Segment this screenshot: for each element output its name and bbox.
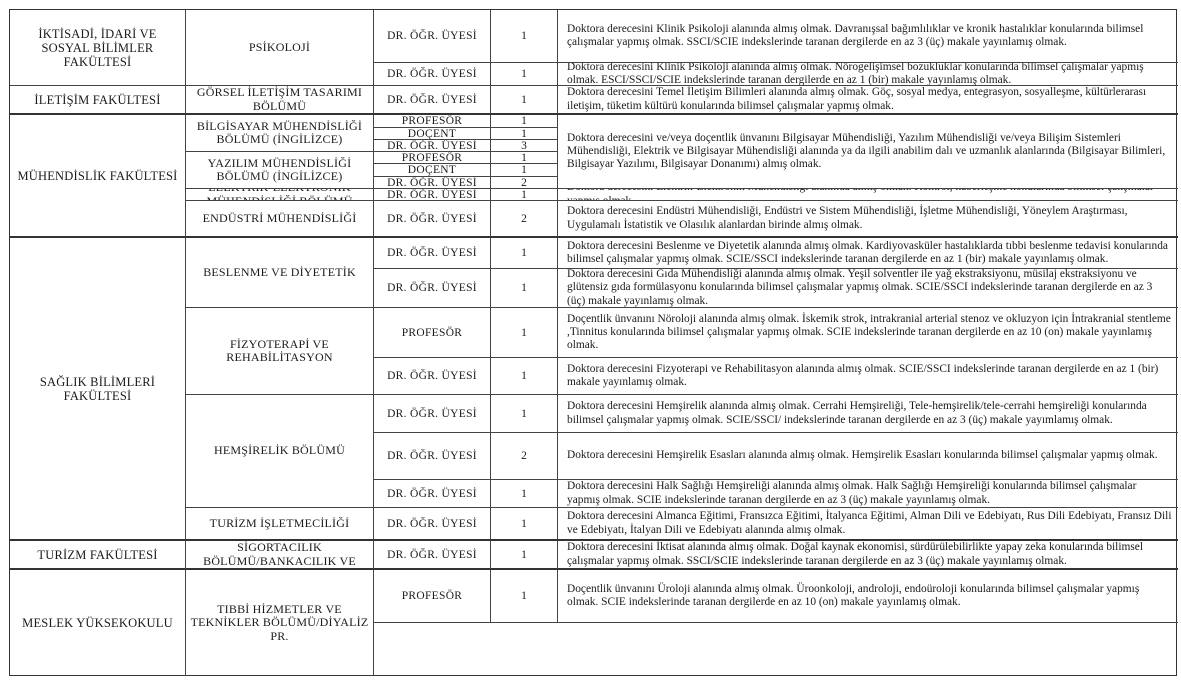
department-cell: TURİZM İŞLETMECİLİĞİ: [186, 508, 374, 541]
position-count-cell: 1: [491, 508, 558, 541]
academic-title-cell-text: DR. ÖĞR. ÜYESİ: [387, 189, 477, 201]
academic-title-cell: PROFESÖR: [374, 115, 491, 128]
academic-title-cell: DOÇENT: [374, 164, 491, 177]
academic-title-cell: PROFESÖR: [374, 570, 491, 623]
academic-title-cell: DR. ÖĞR. ÜYESİ: [374, 201, 491, 238]
academic-title-cell: DR. ÖĞR. ÜYESİ: [374, 433, 491, 480]
department-cell-text: FİZYOTERAPİ VE REHABİLİTASYON: [190, 338, 369, 365]
academic-title-cell: DR. ÖĞR. ÜYESİ: [374, 358, 491, 395]
position-count-cell: 1: [491, 152, 558, 164]
requirement-cell: Doktora derecesini Hemşirelik alanında a…: [558, 395, 1178, 433]
position-count-cell: 2: [491, 177, 558, 189]
requirement-cell: Doktora derecesini ve/veya doçentlik ünv…: [558, 115, 1178, 189]
academic-title-cell: DR. ÖĞR. ÜYESİ: [374, 177, 491, 189]
academic-title-cell-text: PROFESÖR: [402, 152, 463, 164]
department-cell: YAZILIM MÜHENDİSLİĞİ BÖLÜMÜ (İNGİLİZCE): [186, 152, 374, 189]
department-cell: PSİKOLOJİ: [186, 10, 374, 86]
academic-title-cell-text: PROFESÖR: [402, 590, 463, 602]
department-cell: TIBBİ HİZMETLER VE TEKNİKLER BÖLÜMÜ/DİYA…: [186, 570, 374, 676]
requirement-cell: Doktora derecesini Fizyoterapi ve Rehabi…: [558, 358, 1178, 395]
academic-title-cell-text: DR. ÖĞR. ÜYESİ: [387, 68, 477, 80]
requirement-cell: Doktora derecesini Halk Sağlığı Hemşirel…: [558, 480, 1178, 508]
requirement-cell-text: Doktora derecesini Almanca Eğitimi, Fran…: [567, 510, 1172, 537]
position-count-cell-text: 1: [521, 94, 527, 106]
requirement-cell: Doktora derecesini Almanca Eğitimi, Fran…: [558, 508, 1178, 541]
requirement-cell-text: Doktora derecesini Klinik Psikoloji alan…: [567, 63, 1172, 86]
department-cell-text: ENDÜSTRİ MÜHENDİSLİĞİ: [203, 212, 357, 226]
academic-title-cell-text: DR. ÖĞR. ÜYESİ: [387, 282, 477, 294]
academic-title-cell: PROFESÖR: [374, 308, 491, 358]
position-count-cell: 1: [491, 189, 558, 201]
academic-title-cell-text: DR. ÖĞR. ÜYESİ: [387, 549, 477, 561]
position-count-cell-text: 1: [521, 247, 527, 259]
position-count-cell-text: 1: [521, 128, 527, 140]
academic-title-cell: DR. ÖĞR. ÜYESİ: [374, 269, 491, 308]
requirement-cell-text: Doktora derecesini Elektrik-Elektronik M…: [567, 189, 1172, 201]
department-cell: HEMŞİRELİK BÖLÜMÜ: [186, 395, 374, 508]
academic-title-cell-text: DR. ÖĞR. ÜYESİ: [387, 94, 477, 106]
position-count-cell-text: 1: [521, 152, 527, 164]
requirement-cell: Doçentlik ünvanını Üroloji alanında almı…: [558, 570, 1178, 623]
requirement-cell-text: Doktora derecesini Gıda Mühendisliği ala…: [567, 269, 1172, 308]
department-cell: BİLGİSAYAR MÜHENDİSLİĞİ BÖLÜMÜ (İNGİLİZC…: [186, 115, 374, 152]
position-count-cell-text: 1: [521, 549, 527, 561]
academic-title-cell-text: DR. ÖĞR. ÜYESİ: [387, 488, 477, 500]
academic-title-cell-text: DR. ÖĞR. ÜYESİ: [387, 30, 477, 42]
department-cell-text: ELEKTRİK-ELEKTRONİK MÜHENDİSLİĞİ BÖLÜMÜ: [190, 189, 369, 201]
position-count-cell-text: 1: [521, 115, 527, 127]
faculty-cell: TURİZM FAKÜLTESİ: [10, 541, 186, 570]
requirement-cell-text: Doktora derecesini Hemşirelik alanında a…: [567, 400, 1172, 427]
academic-title-cell-text: DR. ÖĞR. ÜYESİ: [387, 213, 477, 225]
academic-title-cell: DR. ÖĞR. ÜYESİ: [374, 480, 491, 508]
department-cell-text: HEMŞİRELİK BÖLÜMÜ: [214, 444, 345, 458]
position-count-cell-text: 2: [521, 213, 527, 225]
position-count-cell: 1: [491, 570, 558, 623]
department-cell-text: BİLGİSAYAR MÜHENDİSLİĞİ BÖLÜMÜ (İNGİLİZC…: [190, 120, 369, 147]
position-count-cell-text: 1: [521, 370, 527, 382]
academic-title-cell-text: PROFESÖR: [402, 327, 463, 339]
department-cell: ELEKTRİK-ELEKTRONİK MÜHENDİSLİĞİ BÖLÜMÜ: [186, 189, 374, 201]
position-count-cell: 3: [491, 140, 558, 152]
position-count-cell-text: 2: [521, 450, 527, 462]
academic-title-cell-text: DOÇENT: [408, 164, 456, 176]
department-cell: FİNANS BANKACILIK VE SİGORTACILIK BÖLÜMÜ…: [186, 541, 374, 570]
requirement-cell-text: Doktora derecesini Halk Sağlığı Hemşirel…: [567, 480, 1172, 507]
position-count-cell: 1: [491, 358, 558, 395]
academic-title-cell: DR. ÖĞR. ÜYESİ: [374, 10, 491, 63]
academic-title-cell: DR. ÖĞR. ÜYESİ: [374, 508, 491, 541]
position-count-cell-text: 1: [521, 30, 527, 42]
department-cell: GÖRSEL İLETİŞİM TASARIMI BÖLÜMÜ: [186, 86, 374, 115]
position-count-cell: 1: [491, 63, 558, 86]
requirement-cell: Doktora derecesini İktisat alanında almı…: [558, 541, 1178, 570]
position-count-cell: 2: [491, 433, 558, 480]
department-cell: ENDÜSTRİ MÜHENDİSLİĞİ: [186, 201, 374, 238]
academic-title-cell-text: DOÇENT: [408, 128, 456, 140]
department-cell-text: FİNANS BANKACILIK VE SİGORTACILIK BÖLÜMÜ…: [190, 541, 369, 570]
department-cell-text: GÖRSEL İLETİŞİM TASARIMI BÖLÜMÜ: [190, 86, 369, 113]
faculty-cell-text: İKTİSADİ, İDARİ VE SOSYAL BİLİMLER FAKÜL…: [14, 27, 181, 69]
faculty-cell-text: İLETİŞİM FAKÜLTESİ: [34, 93, 160, 107]
requirement-cell-text: Doktora derecesini ve/veya doçentlik ünv…: [567, 132, 1172, 172]
academic-title-cell: DR. ÖĞR. ÜYESİ: [374, 86, 491, 115]
requirement-cell: Doktora derecesini Hemşirelik Esasları a…: [558, 433, 1178, 480]
requirement-cell: Doktora derecesini Beslenme ve Diyetetik…: [558, 238, 1178, 269]
department-cell-text: YAZILIM MÜHENDİSLİĞİ BÖLÜMÜ (İNGİLİZCE): [190, 157, 369, 184]
requirement-cell: Doktora derecesini Temel İletişim Biliml…: [558, 86, 1178, 115]
position-count-cell: 1: [491, 10, 558, 63]
position-count-cell: 1: [491, 238, 558, 269]
department-cell-text: BESLENME VE DİYETETİK: [203, 266, 356, 280]
academic-title-cell: DR. ÖĞR. ÜYESİ: [374, 140, 491, 152]
academic-title-cell-text: DR. ÖĞR. ÜYESİ: [387, 408, 477, 420]
position-count-cell: 1: [491, 86, 558, 115]
academic-title-cell-text: DR. ÖĞR. ÜYESİ: [387, 247, 477, 259]
position-count-cell: 1: [491, 269, 558, 308]
academic-title-cell: DR. ÖĞR. ÜYESİ: [374, 63, 491, 86]
academic-title-cell-text: DR. ÖĞR. ÜYESİ: [387, 450, 477, 462]
faculty-cell: İLETİŞİM FAKÜLTESİ: [10, 86, 186, 115]
department-cell-text: TURİZM İŞLETMECİLİĞİ: [210, 517, 350, 531]
requirement-cell: Doktora derecesini Endüstri Mühendisliği…: [558, 201, 1178, 238]
department-cell-text: PSİKOLOJİ: [249, 41, 310, 55]
position-count-cell: 1: [491, 128, 558, 140]
faculty-cell: İKTİSADİ, İDARİ VE SOSYAL BİLİMLER FAKÜL…: [10, 10, 186, 86]
faculty-cell-text: TURİZM FAKÜLTESİ: [37, 548, 157, 562]
position-count-cell: 1: [491, 308, 558, 358]
faculty-position-table: İKTİSADİ, İDARİ VE SOSYAL BİLİMLER FAKÜL…: [9, 9, 1177, 676]
position-count-cell-text: 1: [521, 68, 527, 80]
department-cell-text: TIBBİ HİZMETLER VE TEKNİKLER BÖLÜMÜ/DİYA…: [190, 603, 369, 644]
position-count-cell: 1: [491, 480, 558, 508]
academic-title-cell-text: PROFESÖR: [402, 115, 463, 127]
academic-title-cell: PROFESÖR: [374, 152, 491, 164]
faculty-cell-text: MESLEK YÜKSEKOKULU: [22, 616, 173, 630]
requirement-cell: Doçentlik ünvanını Nöroloji alanında alm…: [558, 308, 1178, 358]
position-count-cell: 1: [491, 115, 558, 128]
requirement-cell-text: Doktora derecesini Hemşirelik Esasları a…: [567, 449, 1158, 462]
position-count-cell-text: 1: [521, 282, 527, 294]
position-count-cell-text: 3: [521, 140, 527, 152]
position-count-cell: 1: [491, 164, 558, 177]
academic-title-cell: DR. ÖĞR. ÜYESİ: [374, 238, 491, 269]
requirement-cell: Doktora derecesini Elektrik-Elektronik M…: [558, 189, 1178, 201]
position-count-cell: 2: [491, 201, 558, 238]
position-count-cell-text: 1: [521, 590, 527, 602]
position-count-cell-text: 2: [521, 177, 527, 189]
requirement-cell: Doktora derecesini Gıda Mühendisliği ala…: [558, 269, 1178, 308]
faculty-cell-text: MÜHENDİSLİK FAKÜLTESİ: [17, 169, 177, 183]
requirement-cell-text: Doçentlik ünvanını Nöroloji alanında alm…: [567, 313, 1172, 353]
position-count-cell-text: 1: [521, 518, 527, 530]
position-count-cell-text: 1: [521, 408, 527, 420]
department-cell: BESLENME VE DİYETETİK: [186, 238, 374, 308]
academic-title-cell: DR. ÖĞR. ÜYESİ: [374, 395, 491, 433]
faculty-cell-text: SAĞLIK BİLİMLERİ FAKÜLTESİ: [14, 375, 181, 403]
academic-title-cell: DR. ÖĞR. ÜYESİ: [374, 541, 491, 570]
requirement-cell-text: Doktora derecesini Beslenme ve Diyetetik…: [567, 240, 1172, 267]
department-cell: FİZYOTERAPİ VE REHABİLİTASYON: [186, 308, 374, 395]
position-count-cell-text: 1: [521, 164, 527, 176]
faculty-cell: MESLEK YÜKSEKOKULU: [10, 570, 186, 676]
position-count-cell-text: 1: [521, 488, 527, 500]
academic-title-cell-text: DR. ÖĞR. ÜYESİ: [387, 177, 477, 189]
academic-title-cell-text: DR. ÖĞR. ÜYESİ: [387, 518, 477, 530]
position-count-cell: 1: [491, 541, 558, 570]
requirement-cell-text: Doktora derecesini İktisat alanında almı…: [567, 541, 1172, 568]
requirement-cell-text: Doktora derecesini Temel İletişim Biliml…: [567, 86, 1172, 113]
requirement-cell-text: Doktora derecesini Klinik Psikoloji alan…: [567, 23, 1172, 50]
academic-title-cell: DR. ÖĞR. ÜYESİ: [374, 189, 491, 201]
faculty-cell: MÜHENDİSLİK FAKÜLTESİ: [10, 115, 186, 238]
faculty-cell: SAĞLIK BİLİMLERİ FAKÜLTESİ: [10, 238, 186, 541]
requirement-cell-text: Doktora derecesini Endüstri Mühendisliği…: [567, 205, 1172, 232]
position-count-cell-text: 1: [521, 189, 527, 201]
position-count-cell-text: 1: [521, 327, 527, 339]
requirement-cell-text: Doktora derecesini Fizyoterapi ve Rehabi…: [567, 363, 1172, 390]
academic-title-cell-text: DR. ÖĞR. ÜYESİ: [387, 140, 477, 152]
academic-title-cell: DOÇENT: [374, 128, 491, 140]
requirement-cell-text: Doçentlik ünvanını Üroloji alanında almı…: [567, 583, 1172, 610]
requirement-cell: Doktora derecesini Klinik Psikoloji alan…: [558, 63, 1178, 86]
requirement-cell: Doktora derecesini Klinik Psikoloji alan…: [558, 10, 1178, 63]
academic-title-cell-text: DR. ÖĞR. ÜYESİ: [387, 370, 477, 382]
position-count-cell: 1: [491, 395, 558, 433]
